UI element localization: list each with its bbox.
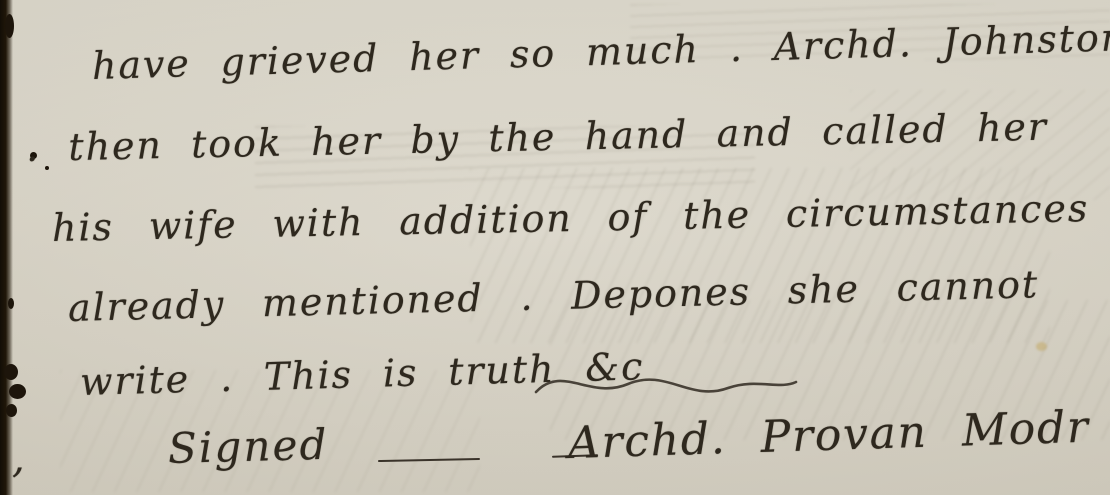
manuscript-line-1: have grieved her so much . Archd. Johnst… — [91, 15, 1110, 88]
ink-spot — [6, 404, 17, 417]
paper-stain — [1036, 342, 1047, 351]
ink-spot — [8, 298, 14, 309]
ink-spot — [9, 384, 26, 399]
signature-dash-long — [378, 458, 480, 462]
pen-flourish — [532, 362, 802, 414]
manuscript-line-4: already mentioned . Depones she cannot — [67, 262, 1039, 330]
book-binding-edge — [0, 0, 13, 495]
manuscript-page: have grieved her so much . Archd. Johnst… — [0, 0, 1110, 495]
ink-spot — [5, 14, 14, 38]
signed-label: Signed — [167, 420, 329, 473]
manuscript-line-3: his wife with addition of the circumstan… — [52, 186, 1090, 250]
ink-spot — [4, 364, 18, 380]
signature-leading-comma: , — [12, 436, 27, 482]
manuscript-line-2: . then took her by the hand and called h… — [26, 105, 1049, 170]
